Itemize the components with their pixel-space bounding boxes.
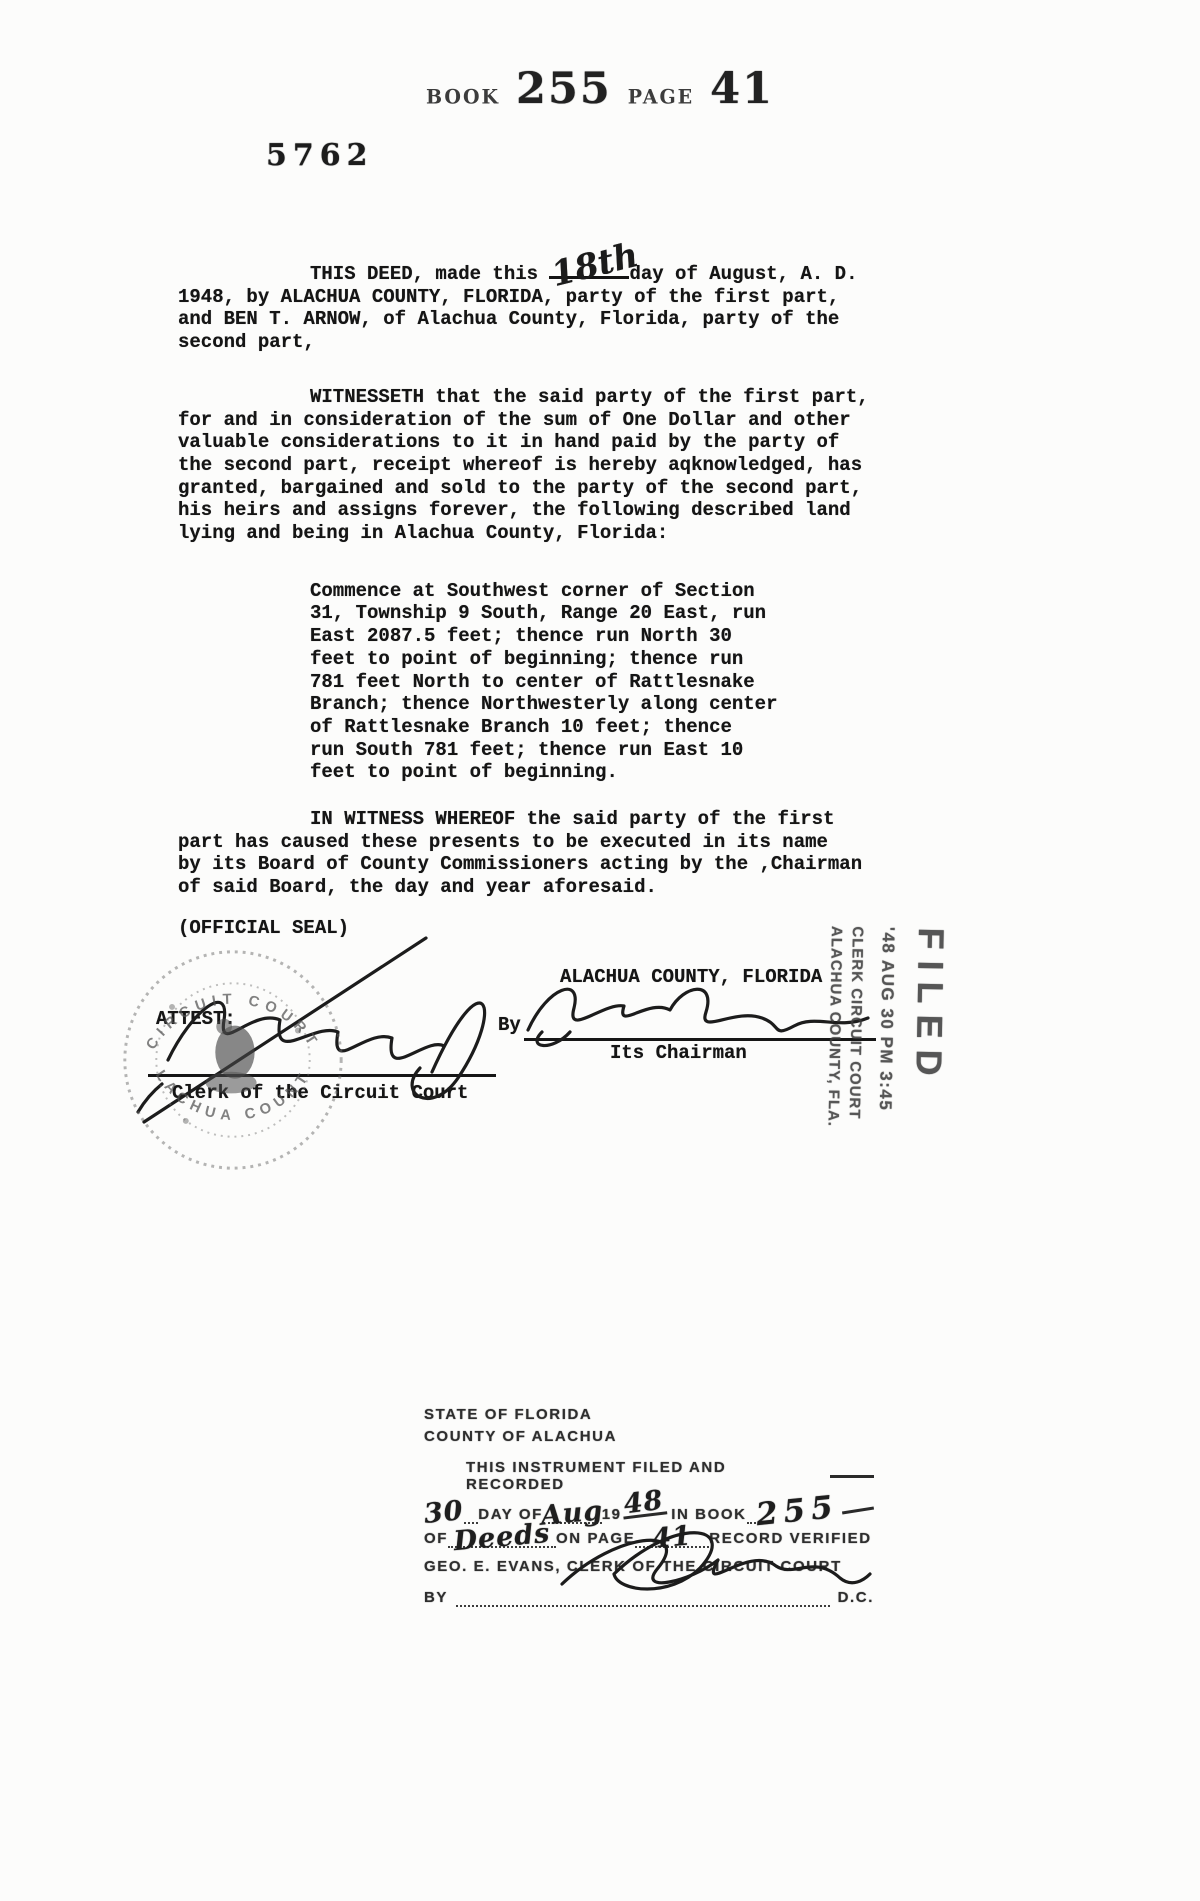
opening-paragraph: THIS DEED, made this 18thday of August, … xyxy=(178,258,898,354)
seal-speck xyxy=(169,1004,175,1010)
stamp-of-label: OF xyxy=(424,1530,448,1548)
description-line: Branch; thence Northwesterly along cente… xyxy=(310,693,898,716)
description-line: 31, Township 9 South, Range 20 East, run xyxy=(310,602,898,625)
description-line: feet to point of beginning; thence run xyxy=(310,648,898,671)
opening-line-lead: THIS DEED, made this xyxy=(310,263,549,285)
filed-stamp-title: FILED xyxy=(906,927,952,1143)
deed-line: and BEN T. ARNOW, of Alachua County, Flo… xyxy=(178,308,898,331)
deed-line: part has caused these presents to be exe… xyxy=(178,831,898,854)
witness-whereof-paragraph: IN WITNESS WHEREOF the said party of the… xyxy=(178,808,898,899)
deed-line: his heirs and assigns forever, the follo… xyxy=(178,499,898,522)
deed-line: THIS DEED, made this 18thday of August, … xyxy=(178,258,898,286)
handwritten-record-type: Deeds xyxy=(453,1523,551,1553)
stamp-year-prefix: 19 xyxy=(602,1506,622,1524)
dotted-leader: Deeds xyxy=(448,1534,556,1548)
deed-document-page: BOOK 255 PAGE 41 5762 THIS DEED, made th… xyxy=(0,0,1200,1901)
filed-stamp: FILED '48 AUG 30 PM 3:45 CLERK CIRCUIT C… xyxy=(820,926,952,1143)
page-label: PAGE xyxy=(628,85,694,108)
deed-line: 1948, by ALACHUA COUNTY, FLORIDA, party … xyxy=(178,286,898,309)
witnesseth-paragraph: WITNESSETH that the said party of the fi… xyxy=(178,386,898,545)
stamp-dash xyxy=(842,1506,874,1514)
book-page-stamp: BOOK 255 PAGE 41 xyxy=(0,64,1200,114)
seal-bottom-text: ALACHUA COUNTY xyxy=(115,942,314,1124)
signature-stroke xyxy=(528,989,868,1031)
handwritten-day: 18th xyxy=(549,238,642,292)
deed-body: THIS DEED, made this 18thday of August, … xyxy=(178,258,898,940)
deed-line: granted, bargained and sold to the party… xyxy=(178,477,898,500)
deputy-clerk-signature xyxy=(552,1524,872,1604)
deed-line: of said Board, the day and year aforesai… xyxy=(178,876,898,899)
filed-stamp-county: ALACHUA COUNTY, FLA. xyxy=(824,926,845,1141)
deed-line: IN WITNESS WHEREOF the said party of the… xyxy=(178,808,898,831)
seal-speck xyxy=(295,1028,301,1034)
handwritten-day-value: 30 xyxy=(423,1500,465,1526)
stamp-state-line: STATE OF FLORIDA xyxy=(424,1406,874,1423)
stamp-county-line: COUNTY OF ALACHUA xyxy=(424,1428,874,1445)
deed-line: the second part, receipt whereof is here… xyxy=(178,454,898,477)
signature-stroke xyxy=(537,1032,570,1046)
deed-line: for and in consideration of the sum of O… xyxy=(178,409,898,432)
signature-stroke xyxy=(412,1003,484,1098)
handwritten-year: 48 xyxy=(620,1490,666,1520)
deed-line: WITNESSETH that the said party of the fi… xyxy=(178,386,898,409)
description-line: run South 781 feet; thence run East 10 xyxy=(310,739,898,762)
deed-line: valuable considerations to it in hand pa… xyxy=(178,431,898,454)
deed-line: second part, xyxy=(178,331,898,354)
seal-speck xyxy=(183,1118,189,1124)
instrument-number: 5762 xyxy=(266,138,374,173)
description-line: feet to point of beginning. xyxy=(310,761,898,784)
circuit-court-seal: CIRCUIT COURT ALACHUA COUNTY xyxy=(115,942,351,1178)
stamp-date-row: 30 DAY OF Aug 19 48 IN BOOK 255 xyxy=(424,1499,874,1524)
page-number: 41 xyxy=(710,64,774,114)
day-blank-underline: 18th xyxy=(549,258,629,279)
dotted-leader xyxy=(464,1510,479,1524)
book-label: BOOK xyxy=(426,85,500,108)
dotted-leader: Aug xyxy=(543,1510,602,1524)
seal-figure-head xyxy=(216,1019,232,1035)
description-line: of Rattlesnake Branch 10 feet; thence xyxy=(310,716,898,739)
stamp-dash xyxy=(830,1475,874,1478)
filed-stamp-datetime: '48 AUG 30 PM 3:45 xyxy=(874,927,898,1142)
stamp-by-label: BY xyxy=(424,1589,448,1607)
deed-line: lying and being in Alachua County, Flori… xyxy=(178,522,898,545)
seal-figure-base xyxy=(205,1072,256,1094)
deed-line: by its Board of County Commissioners act… xyxy=(178,853,898,876)
signature-stroke xyxy=(562,1540,870,1584)
filed-stamp-clerk: CLERK CIRCUIT COURT xyxy=(845,926,866,1141)
description-line: Commence at Southwest corner of Section xyxy=(310,580,898,603)
description-line: 781 feet North to center of Rattlesnake xyxy=(310,671,898,694)
legal-description: Commence at Southwest corner of Section … xyxy=(310,580,898,784)
svg-text:ALACHUA COUNTY: ALACHUA COUNTY xyxy=(115,942,314,1124)
description-line: East 2087.5 feet; thence run North 30 xyxy=(310,625,898,648)
dotted-leader xyxy=(747,1510,756,1524)
opening-line-suffix: day of August, A. D. xyxy=(629,263,857,285)
book-number: 255 xyxy=(516,64,612,114)
